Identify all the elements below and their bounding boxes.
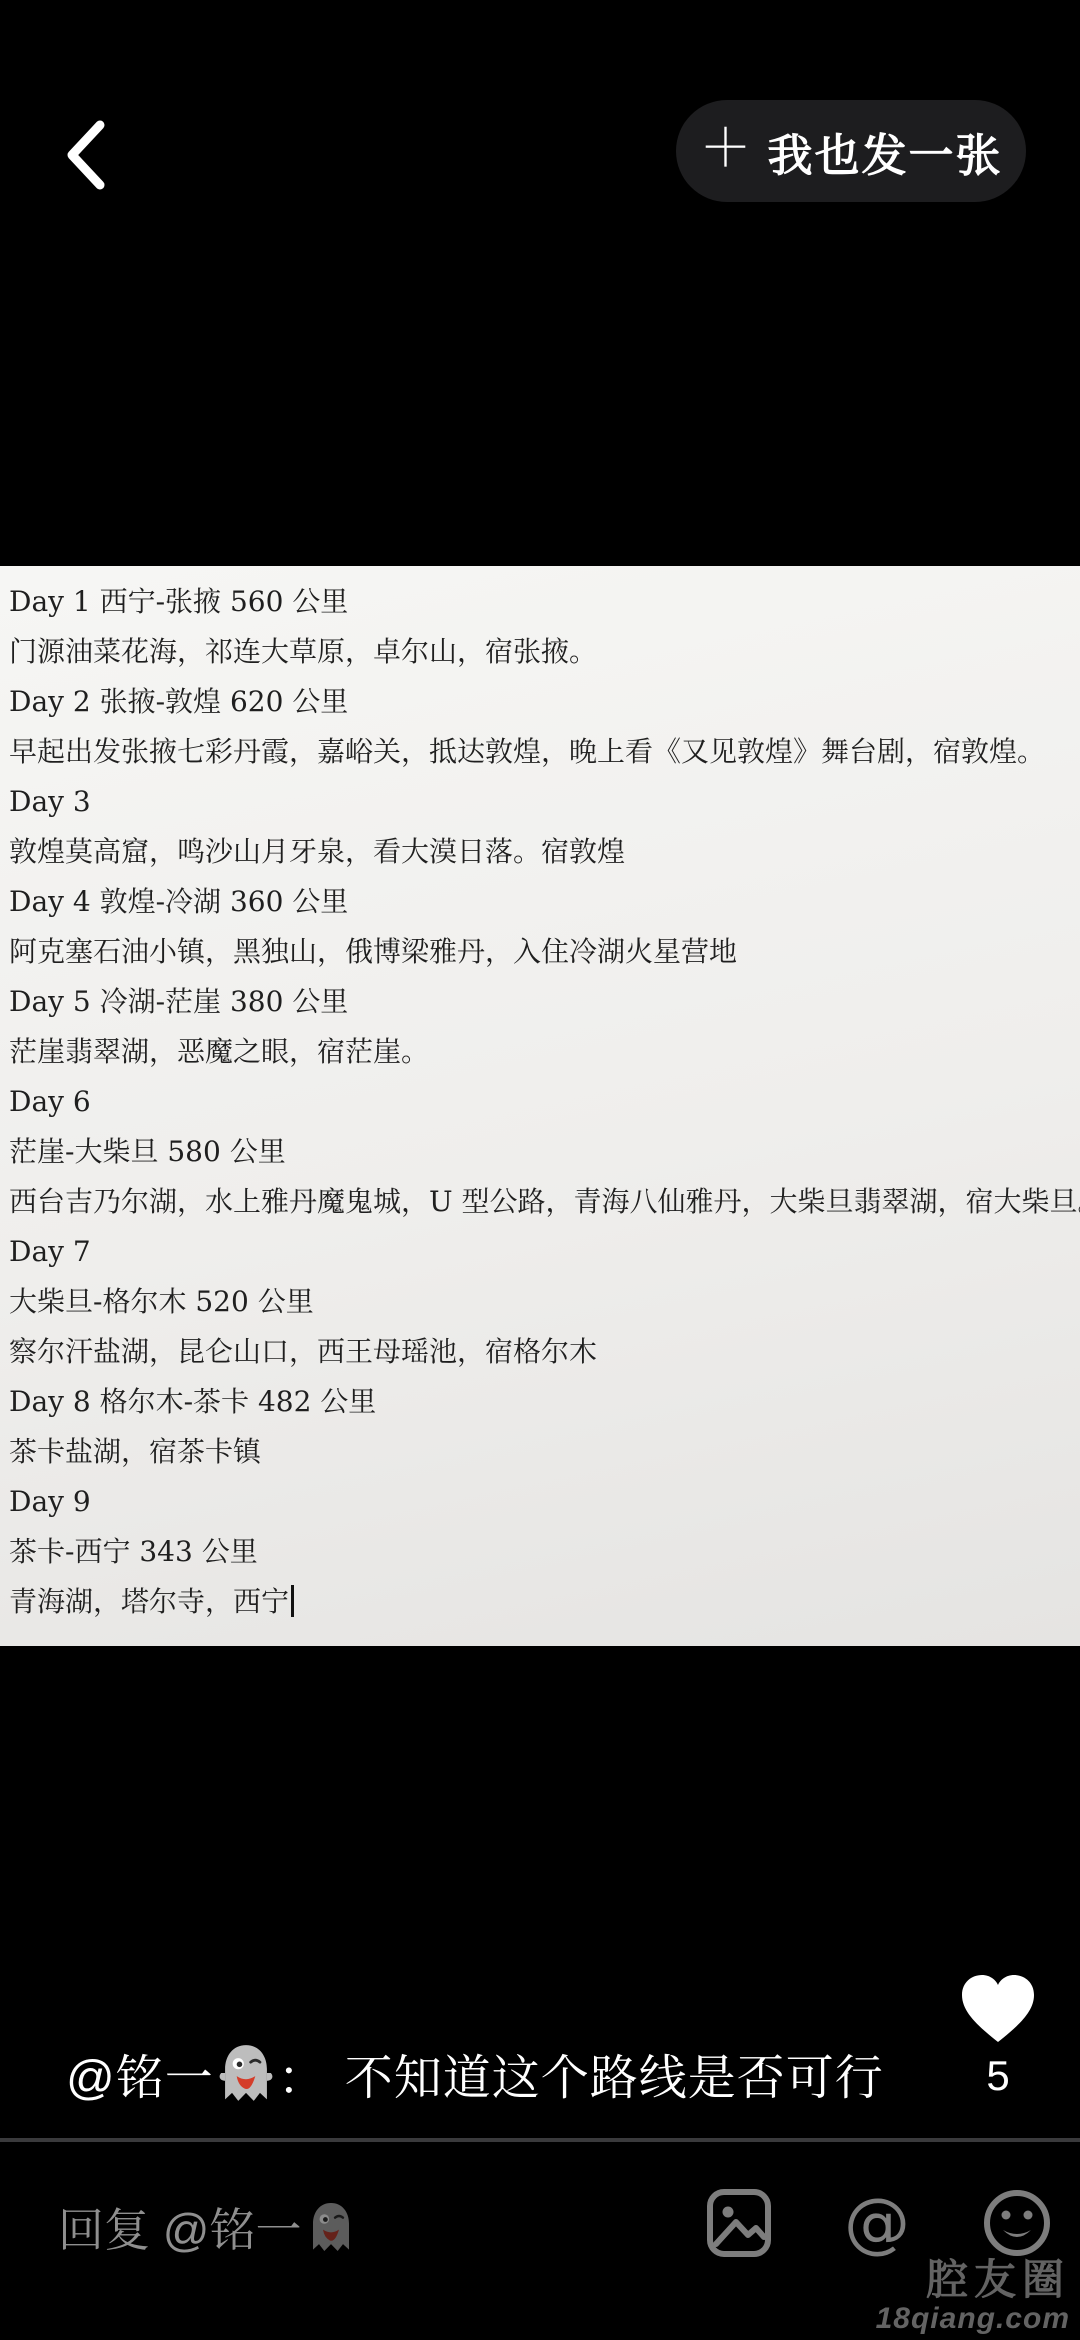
- post-photo-button[interactable]: ＋ 我也发一张: [676, 100, 1026, 202]
- itinerary-line: Day 1 西宁-张掖 560 公里: [9, 577, 1080, 627]
- itinerary-line: 敦煌莫高窟，鸣沙山月牙泉，看大漠日落。宿敦煌: [9, 827, 1080, 877]
- like-button[interactable]: 5: [952, 1972, 1044, 2100]
- text-cursor: [291, 1585, 294, 1617]
- itinerary-line: 茫崖-大柴旦 580 公里: [9, 1127, 1080, 1177]
- itinerary-line: Day 2 张掖-敦煌 620 公里: [9, 677, 1080, 727]
- reply-bar-icons: @: [706, 2188, 1052, 2258]
- ghost-emoji: [218, 2042, 274, 2104]
- itinerary-line: Day 7: [9, 1227, 1080, 1277]
- emoji-icon: [982, 2188, 1052, 2258]
- back-chevron-icon: [62, 119, 108, 191]
- reply-placeholder: 回复 @铭一: [58, 2194, 301, 2260]
- image-attach-button[interactable]: [706, 2188, 772, 2258]
- caption-separator: ：: [278, 2039, 327, 2108]
- itinerary-line-last: 青海湖，塔尔寺，西宁: [9, 1577, 1080, 1627]
- caption-username[interactable]: @铭一: [66, 2039, 214, 2108]
- itinerary-line: 察尔汗盐湖，昆仑山口，西王母瑶池，宿格尔木: [9, 1327, 1080, 1377]
- itinerary-line: Day 4 敦煌-冷湖 360 公里: [9, 877, 1080, 927]
- watermark: 腔友圈 18qiang.com: [876, 2258, 1070, 2334]
- image-icon: [706, 2188, 772, 2258]
- caption: @铭一 ： 不知道这个路线是否可行: [66, 2040, 884, 2106]
- itinerary-image[interactable]: Day 1 西宁-张掖 560 公里 门源油菜花海，祁连大草原，卓尔山，宿张掖。…: [0, 566, 1080, 1646]
- watermark-title: 腔友圈: [876, 2258, 1070, 2302]
- itinerary-line: 早起出发张掖七彩丹霞，嘉峪关，抵达敦煌，晚上看《又见敦煌》舞台剧，宿敦煌。: [9, 727, 1080, 777]
- heart-icon: [958, 1972, 1038, 2046]
- itinerary-line: 茫崖翡翠湖，恶魔之眼，宿茫崖。: [9, 1027, 1080, 1077]
- post-photo-label: 我也发一张: [768, 119, 1003, 184]
- mention-icon: @: [844, 2190, 910, 2256]
- itinerary-line: 茶卡-西宁 343 公里: [9, 1527, 1080, 1577]
- itinerary-line: Day 5 冷湖-茫崖 380 公里: [9, 977, 1080, 1027]
- back-button[interactable]: [40, 110, 130, 200]
- itinerary-line: Day 9: [9, 1477, 1080, 1527]
- itinerary-line-text: 青海湖，塔尔寺，西宁: [9, 1585, 289, 1618]
- like-count: 5: [986, 2052, 1009, 2100]
- itinerary-line: 大柴旦-格尔木 520 公里: [9, 1277, 1080, 1327]
- reply-input[interactable]: 回复 @铭一: [58, 2192, 355, 2262]
- ghost-emoji: [307, 2200, 355, 2254]
- watermark-url: 18qiang.com: [876, 2303, 1070, 2335]
- caption-text: 不知道这个路线是否可行: [345, 2039, 884, 2108]
- itinerary-line: Day 3: [9, 777, 1080, 827]
- itinerary-line: Day 6: [9, 1077, 1080, 1127]
- itinerary-line: 门源油菜花海，祁连大草原，卓尔山，宿张掖。: [9, 627, 1080, 677]
- emoji-button[interactable]: [982, 2188, 1052, 2258]
- itinerary-line: 茶卡盐湖，宿茶卡镇: [9, 1427, 1080, 1477]
- itinerary-line: Day 8 格尔木-茶卡 482 公里: [9, 1377, 1080, 1427]
- itinerary-line: 阿克塞石油小镇，黑独山，俄博梁雅丹，入住冷湖火星营地: [9, 927, 1080, 977]
- plus-icon: ＋: [699, 123, 751, 175]
- itinerary-line: 西台吉乃尔湖，水上雅丹魔鬼城，U 型公路，青海八仙雅丹，大柴旦翡翠湖，宿大柴旦。: [9, 1177, 1080, 1227]
- app-screen: ＋ 我也发一张 Day 1 西宁-张掖 560 公里 门源油菜花海，祁连大草原，…: [0, 0, 1080, 2340]
- mention-button[interactable]: @: [844, 2190, 910, 2256]
